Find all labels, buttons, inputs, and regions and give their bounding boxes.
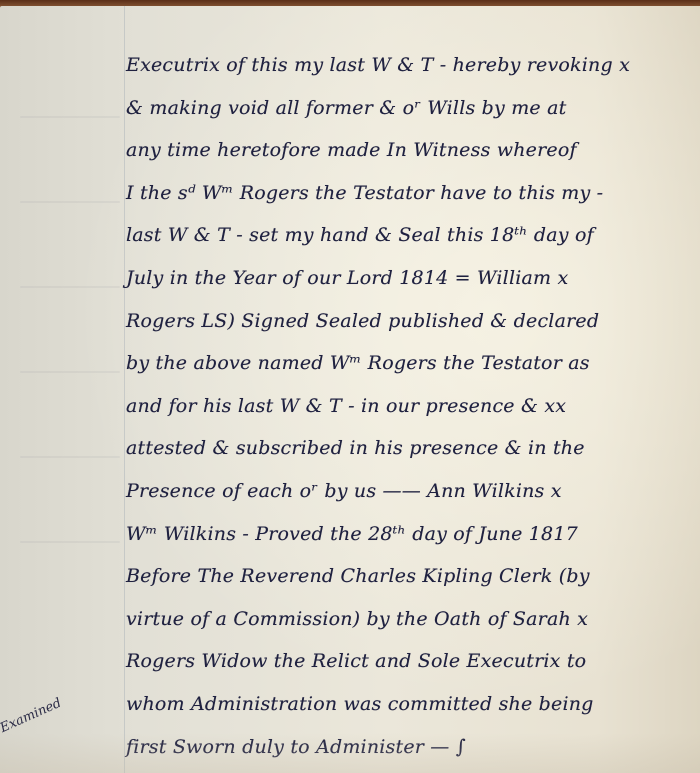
bleed-through-mark bbox=[20, 456, 120, 458]
margin-rule bbox=[124, 6, 125, 773]
text-line: Before The Reverend Charles Kipling Cler… bbox=[126, 555, 696, 598]
text-line: last W & T - set my hand & Seal this 18ᵗ… bbox=[126, 214, 696, 257]
text-line: any time heretofore made In Witness wher… bbox=[126, 129, 696, 172]
text-line: and for his last W & T - in our presence… bbox=[126, 385, 696, 428]
text-line: Executrix of this my last W & T - hereby… bbox=[126, 44, 696, 87]
text-line: July in the Year of our Lord 1814 = Will… bbox=[126, 257, 696, 300]
text-line: virtue of a Commission) by the Oath of S… bbox=[126, 598, 696, 641]
text-line: I the sᵈ Wᵐ Rogers the Testator have to … bbox=[126, 172, 696, 215]
handwritten-text-block: Executrix of this my last W & T - hereby… bbox=[126, 44, 696, 768]
text-line: attested & subscribed in his presence & … bbox=[126, 427, 696, 470]
bleed-through-mark bbox=[20, 201, 120, 203]
text-line: Presence of each oʳ by us —— Ann Wilkins… bbox=[126, 470, 696, 513]
bleed-through-mark bbox=[20, 371, 120, 373]
text-line: & making void all former & oʳ Wills by m… bbox=[126, 87, 696, 130]
text-line: Wᵐ Wilkins - Proved the 28ᵗʰ day of June… bbox=[126, 513, 696, 556]
text-line: first Sworn duly to Administer — ∫ bbox=[126, 726, 696, 769]
bleed-through-mark bbox=[20, 116, 120, 118]
text-line: Rogers Widow the Relict and Sole Executr… bbox=[126, 640, 696, 683]
text-line: Rogers LS) Signed Sealed published & dec… bbox=[126, 300, 696, 343]
bleed-through-mark bbox=[20, 286, 120, 288]
manuscript-page: Executrix of this my last W & T - hereby… bbox=[0, 6, 700, 773]
examined-margin-note: Examined bbox=[0, 696, 64, 736]
text-line: by the above named Wᵐ Rogers the Testato… bbox=[126, 342, 696, 385]
bleed-through-mark bbox=[20, 541, 120, 543]
text-line: whom Administration was committed she be… bbox=[126, 683, 696, 726]
